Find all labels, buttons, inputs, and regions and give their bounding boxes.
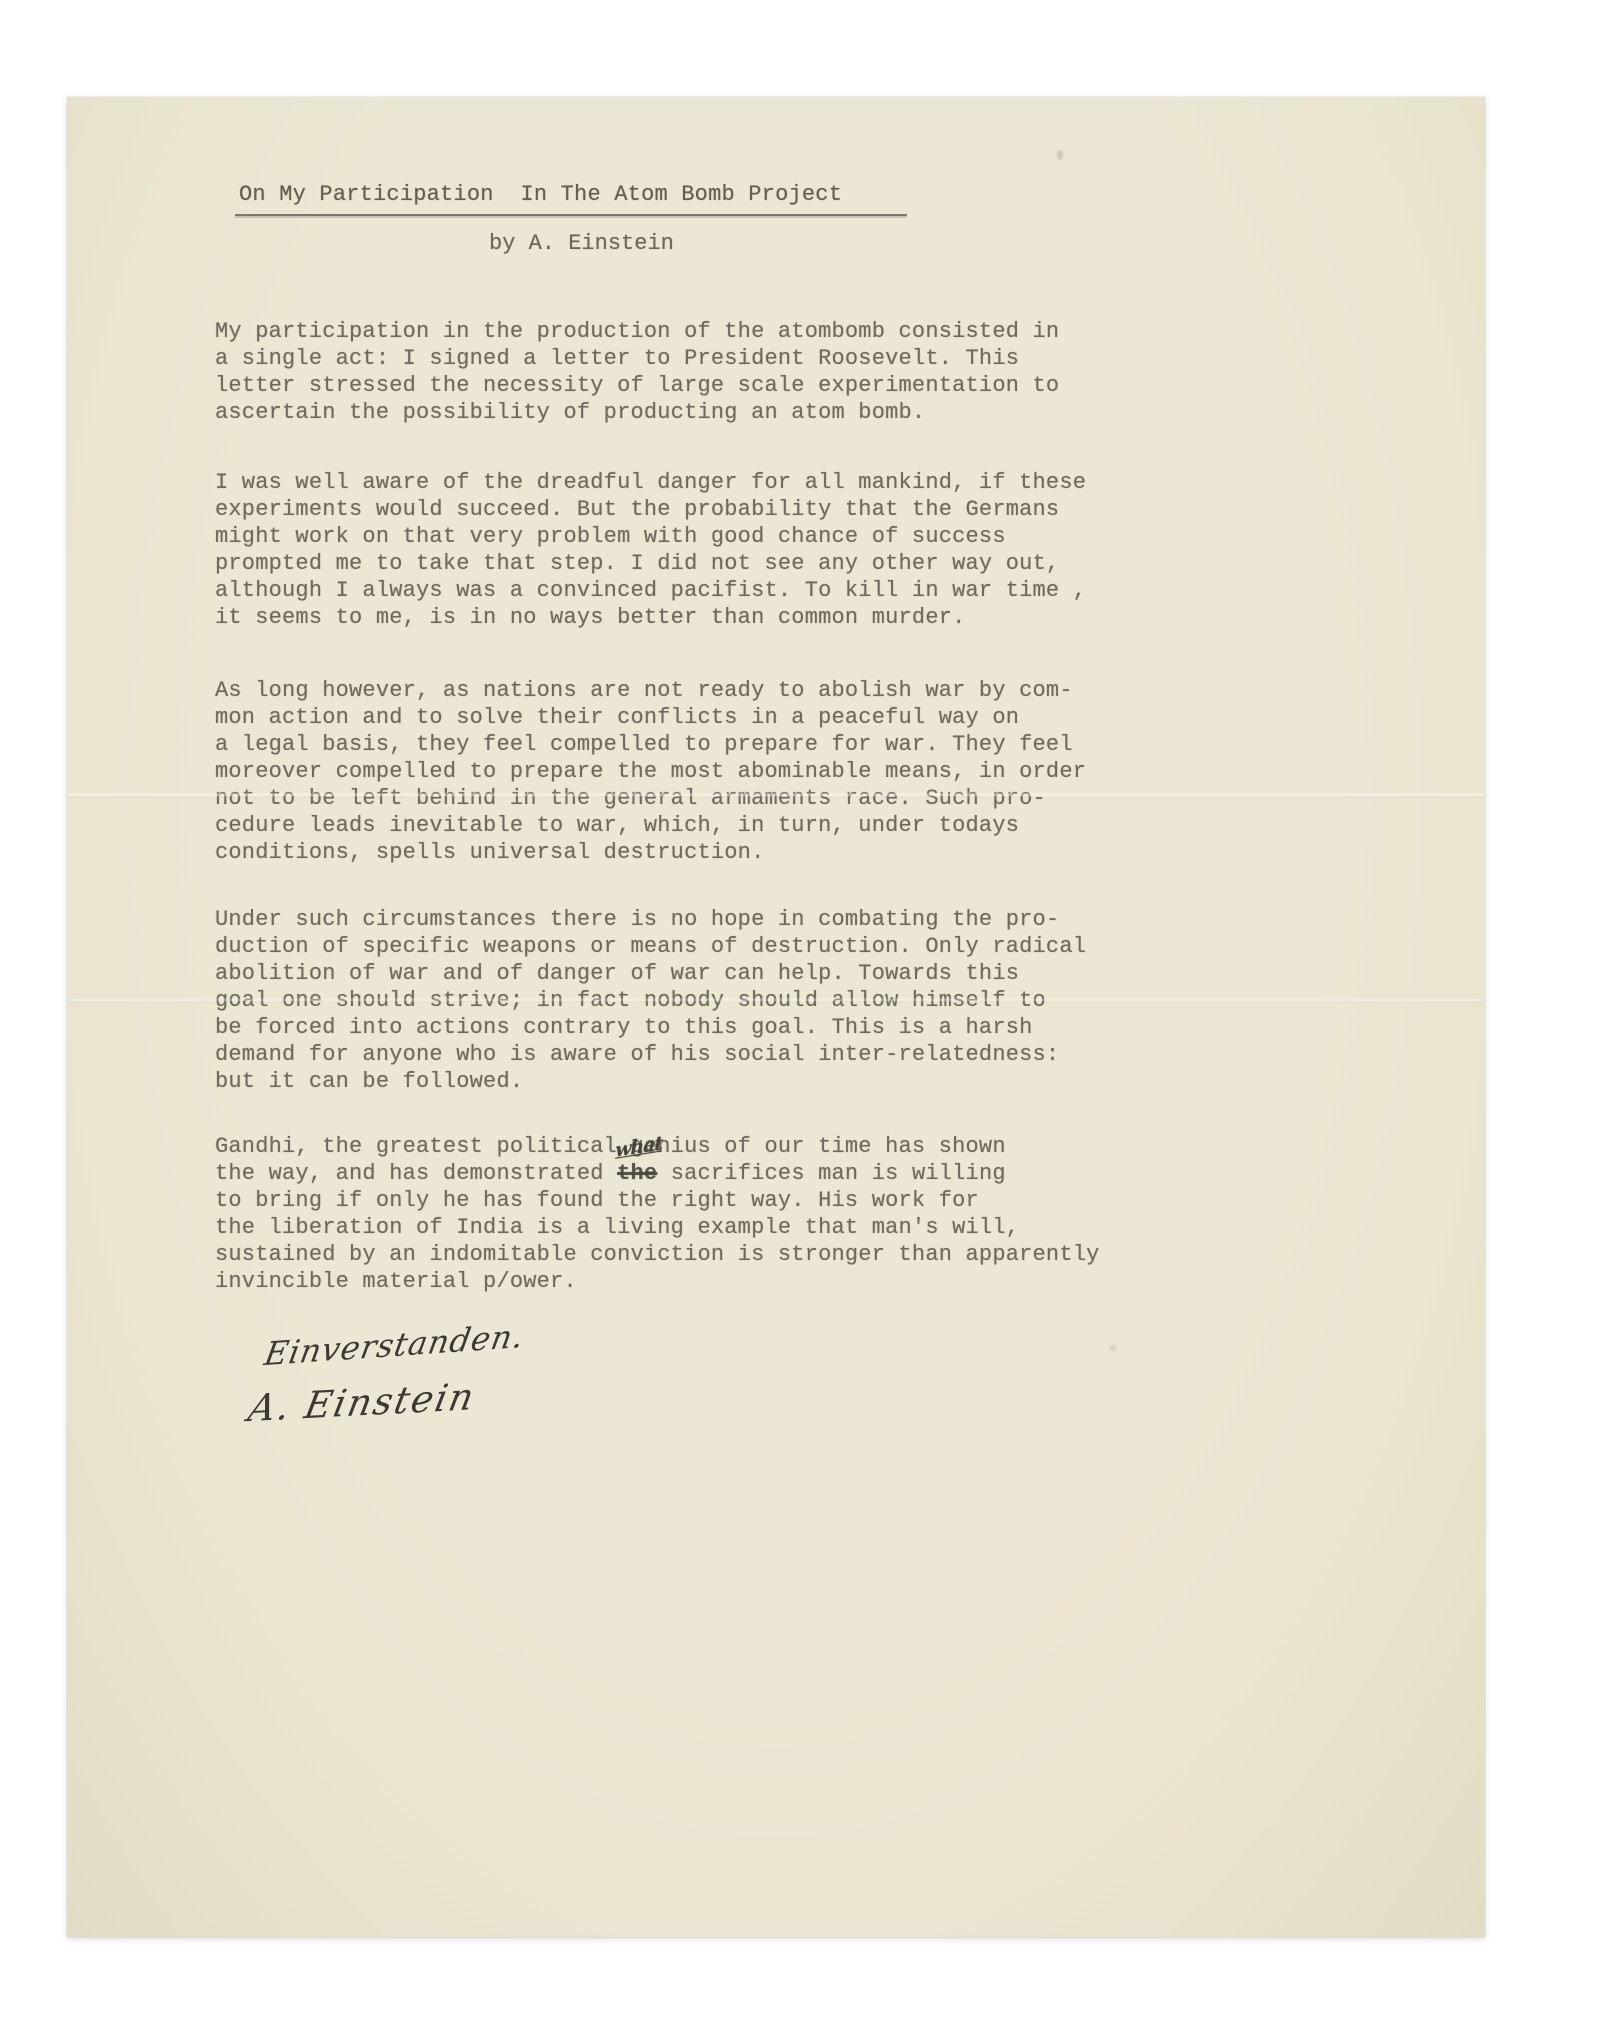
paragraph-participation: My participation in the production of th… (215, 318, 1375, 426)
document-title: On My Participation In The Atom Bomb Pro… (239, 181, 842, 208)
struck-word-wrap: thewhat (617, 1160, 657, 1187)
scan-background: On My Participation In The Atom Bomb Pro… (0, 0, 1600, 2040)
paragraph-no-hope: Under such circumstances there is no hop… (215, 906, 1375, 1095)
paragraph-abolish-war: As long however, as nations are not read… (215, 677, 1375, 866)
handwritten-einverstanden: Einverstanden. (262, 1317, 528, 1374)
paragraph-dreadful-danger: I was well aware of the dreadful danger … (215, 469, 1375, 631)
paper-page: On My Participation In The Atom Bomb Pro… (67, 97, 1485, 1937)
smudge-mark (1109, 1345, 1117, 1351)
smudge-mark (1057, 150, 1063, 160)
paragraph-gandhi: Gandhi, the greatest political genius of… (215, 1133, 1375, 1295)
handwritten-signature-einstein: A. Einstein (245, 1375, 479, 1430)
title-underline (235, 214, 907, 216)
struck-word: the (617, 1161, 657, 1186)
document-byline: by A. Einstein (489, 231, 674, 256)
